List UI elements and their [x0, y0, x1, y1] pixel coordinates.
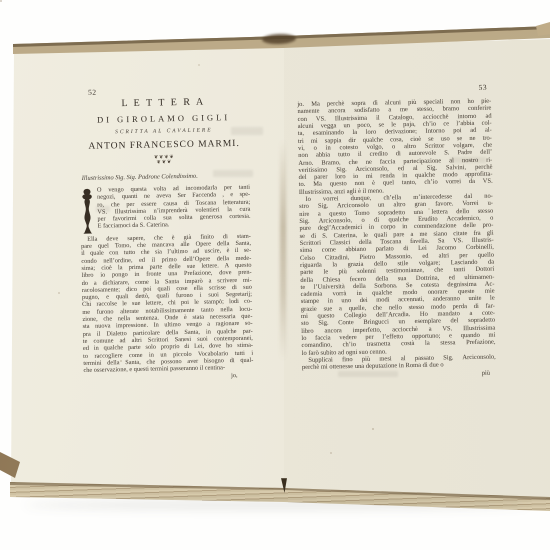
paragraph-lines: O vengo questa volta ad incomodarla per … [80, 184, 251, 231]
gutter-smudge [280, 140, 286, 360]
letter-title: L E T T E R A [78, 96, 248, 110]
left-page-text-column: 52 L E T T E R A DI GIROLAMO GIGLI SCRIT… [78, 85, 254, 383]
right-body-paragraph-2: Io vorrei dunque, ch’ella m’intercedesse… [299, 193, 496, 357]
right-page-text-column: 53 jo. Ma perchè sopra di alcuni più spe… [297, 83, 496, 380]
foxing-specks [0, 0, 2, 2]
letter-author: DI GIROLAMO GIGLI [79, 112, 249, 125]
page-number-52: 52 [78, 85, 248, 97]
right-body-paragraph-1: jo. Ma perchè sopra di alcuni più specia… [297, 98, 493, 196]
paragraph-lines: Io vorrei dunque, ch’ella m’intercedesse… [299, 193, 496, 357]
book-shadow [24, 501, 529, 509]
salutation: Illustrissimo Sig. Sig. Padrone Colendis… [80, 172, 250, 182]
fleuron-ornament-icon: ❦❦❦❦ ❦❦❦ [79, 154, 249, 167]
woodcut-initial-ornament-icon [80, 188, 95, 234]
paragraph-lines: jo. Ma perchè sopra di alcuni più specia… [297, 98, 493, 196]
letter-addressee: ANTON FRANCESCO MARMI. [79, 139, 249, 152]
left-body-paragraph-2: Ella deve sapere, che è già finito di st… [81, 232, 254, 374]
paragraph-lines: Ella deve sapere, che è già finito di st… [81, 232, 254, 374]
left-body-paragraph-1: O vengo questa volta ad incomodarla per … [80, 184, 251, 231]
letter-subtitle: SCRITTA AL CAVALIERE [79, 127, 249, 136]
book-photo: { "colors": { "background": "#fefefd", "… [0, 0, 550, 550]
